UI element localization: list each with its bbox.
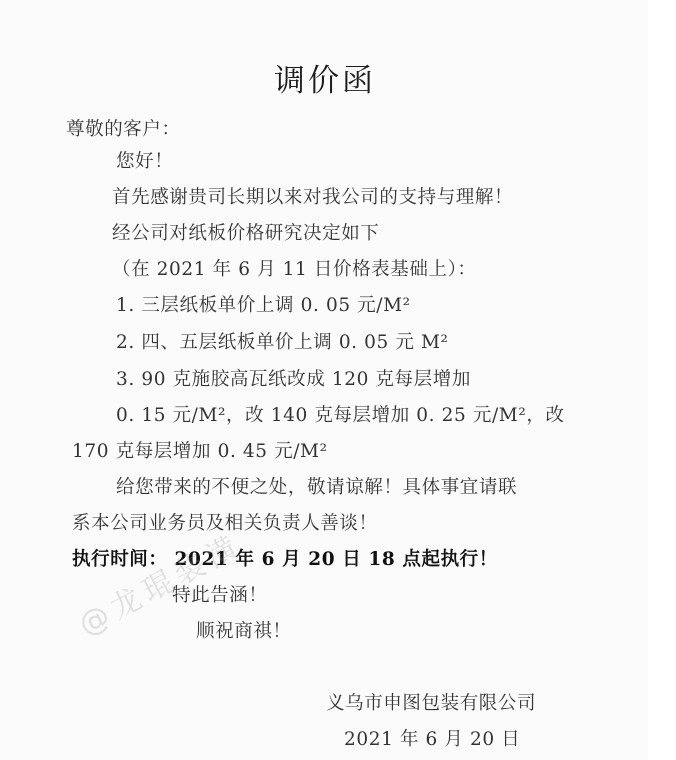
item-3: 3. 90 克施胶高瓦纸改成 120 克每层增加 bbox=[116, 368, 471, 392]
document-page: 调价函 尊敬的客户： 您好！ 首先感谢贵司长期以来对我公司的支持与理解！ 经公司… bbox=[0, 0, 648, 760]
closing-2: 顺祝商祺！ bbox=[196, 620, 292, 644]
apology-line-1: 给您带来的不便之处，敬请谅解！具体事宜请联 bbox=[116, 476, 517, 500]
signature-date: 2021 年 6 月 20 日 bbox=[344, 728, 520, 752]
document-title: 调价函 bbox=[0, 62, 650, 100]
item-2: 2. 四、五层纸板单价上调 0. 05 元 M² bbox=[116, 331, 449, 355]
item-3-cont: 0. 15 元/M²，改 140 克每层增加 0. 25 元/M²，改 bbox=[116, 404, 565, 428]
salutation: 尊敬的客户： bbox=[66, 118, 181, 142]
paragraph-thanks: 首先感谢贵司长期以来对我公司的支持与理解！ bbox=[112, 186, 513, 210]
paragraph-decision: 经公司对纸板价格研究决定如下 bbox=[112, 222, 379, 246]
paragraph-basis: （在 2021 年 6 月 11 日价格表基础上）： bbox=[112, 258, 477, 282]
greeting: 您好！ bbox=[116, 150, 173, 174]
item-3-cont2: 170 克每层增加 0. 45 元/M² bbox=[72, 440, 328, 464]
signature-company: 义乌市申图包装有限公司 bbox=[326, 692, 536, 716]
item-1: 1. 三层纸板单价上调 0. 05 元/M² bbox=[116, 294, 411, 318]
